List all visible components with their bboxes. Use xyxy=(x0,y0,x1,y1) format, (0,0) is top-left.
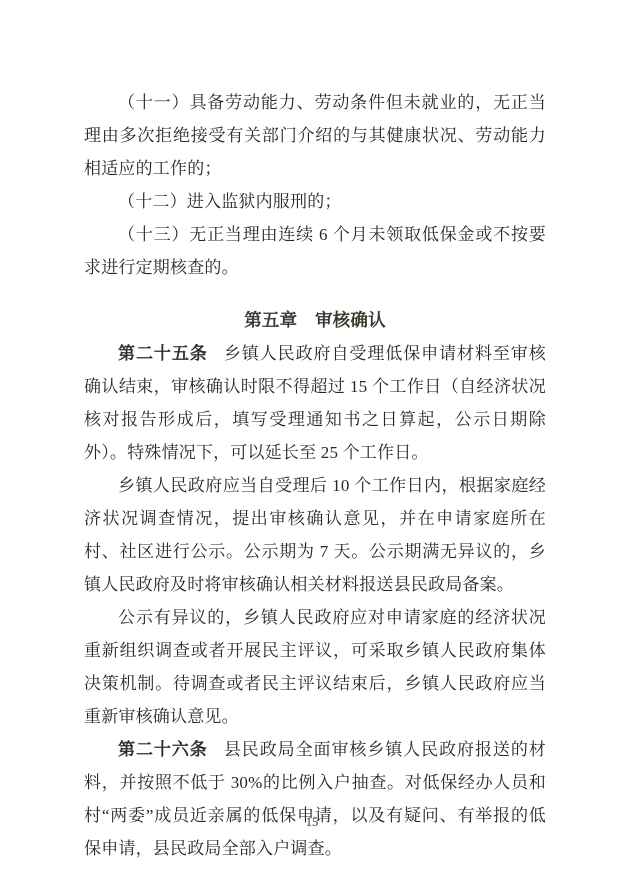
article-25-number: 第二十五条 xyxy=(118,344,208,363)
article-25-2-text: 乡镇人民政府应当自受理后 10 个工作日内，根据家庭经济状况调查情况，提出审核确… xyxy=(84,476,546,594)
clause-paragraph-13: （十三）无正当理由连续 6 个月未领取低保金或不按要求进行定期核查的。 xyxy=(84,218,546,284)
clause-paragraph-11: （十一）具备劳动能力、劳动条件但未就业的，无正当理由多次拒绝接受有关部门介绍的与… xyxy=(84,86,546,185)
article-25-paragraph-2: 乡镇人民政府应当自受理后 10 个工作日内，根据家庭经济状况调查情况，提出审核确… xyxy=(84,469,546,601)
article-26-paragraph: 第二十六条县民政局全面审核乡镇人民政府报送的材料，并按照不低于 30%的比例入户… xyxy=(84,733,546,865)
article-25-paragraph-3: 公示有异议的，乡镇人民政府应对申请家庭的经济状况重新组织调查或者开展民主评议，可… xyxy=(84,601,546,733)
article-25-paragraph: 第二十五条乡镇人民政府自受理低保申请材料至审核确认结束，审核确认时限不得超过 1… xyxy=(84,337,546,469)
chapter-heading: 第五章 审核确认 xyxy=(84,304,546,337)
page-number: 15 xyxy=(0,814,624,830)
article-25-3-text: 公示有异议的，乡镇人民政府应对申请家庭的经济状况重新组织调查或者开展民主评议，可… xyxy=(84,608,546,726)
document-page: （十一）具备劳动能力、劳动条件但未就业的，无正当理由多次拒绝接受有关部门介绍的与… xyxy=(0,0,624,882)
article-26-number: 第二十六条 xyxy=(118,740,208,759)
clause-paragraph-12: （十二）进入监狱内服刑的； xyxy=(84,185,546,218)
document-content: （十一）具备劳动能力、劳动条件但未就业的，无正当理由多次拒绝接受有关部门介绍的与… xyxy=(84,86,546,865)
